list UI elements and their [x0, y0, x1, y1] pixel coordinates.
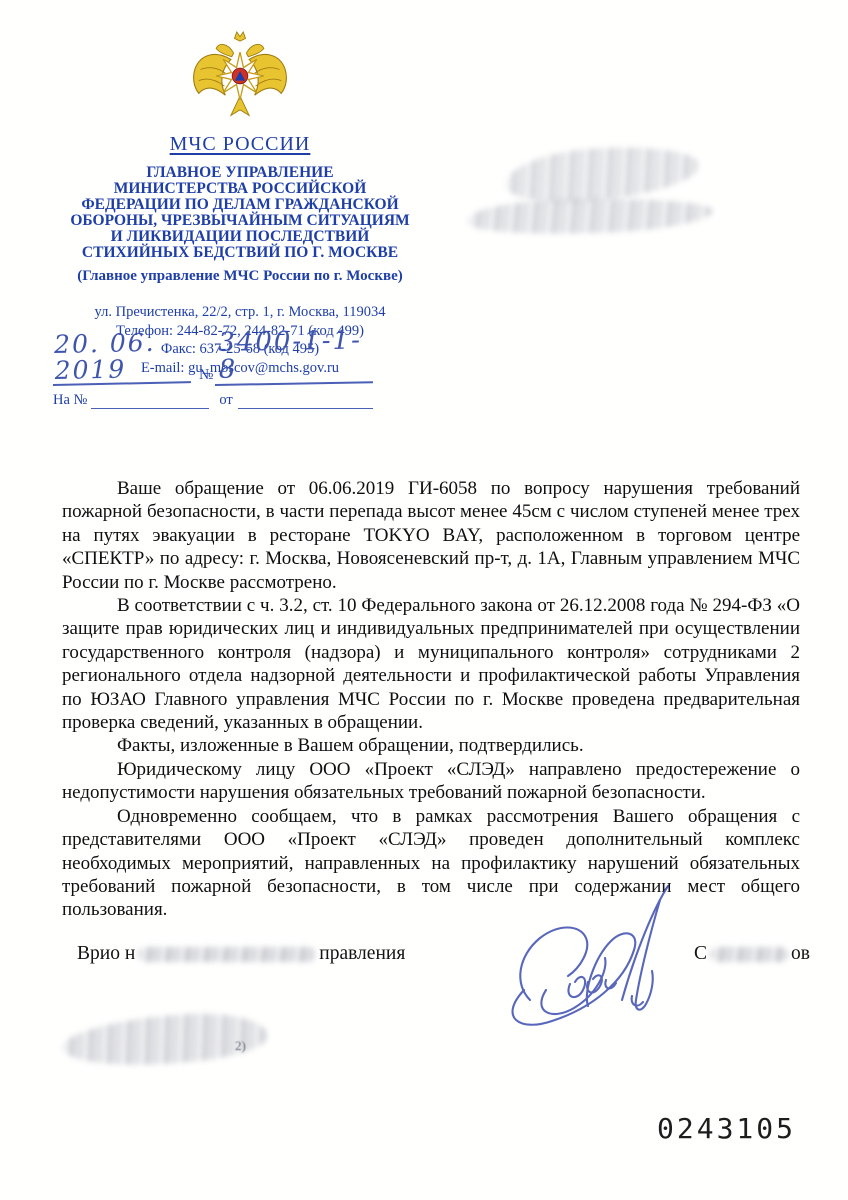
handwritten-signature — [484, 872, 694, 1040]
org-name-block: ГЛАВНОЕ УПРАВЛЕНИЕ МИНИСТЕРСТВА РОССИЙСК… — [52, 165, 428, 261]
org-name-short: (Главное управление МЧС России по г. Мос… — [52, 268, 428, 284]
date-number-row: 20. 06. 2019 № 3400-1-1-8 — [53, 346, 473, 386]
executor-visible-fragment: 2) — [235, 1038, 246, 1054]
reply-number-blank-line — [91, 394, 209, 409]
org-name-line: СТИХИЙНЫХ БЕДСТВИЙ ПО Г. МОСКВЕ — [52, 245, 428, 261]
body-paragraph: Факты, изложенные в Вашем обращении, под… — [62, 734, 800, 757]
redacted-title-smudge — [138, 947, 316, 962]
scanned-letter-page: МЧС РОССИИ ГЛАВНОЕ УПРАВЛЕНИЕ МИНИСТЕРСТ… — [0, 0, 848, 1200]
signer-name: Сов — [694, 943, 810, 965]
body-paragraph: В соответствии с ч. 3.2, ст. 10 Федераль… — [62, 594, 800, 734]
reply-date-blank-line — [238, 394, 373, 409]
handwritten-date: 20. 06. 2019 — [52, 329, 191, 386]
redacted-recipient-smudge — [468, 196, 714, 236]
org-name-line: ОБОРОНЫ, ЧРЕЗВЫЧАЙНЫМ СИТУАЦИЯМ — [52, 213, 428, 229]
reply-from-label: от — [219, 392, 232, 409]
signer-position-title: Врио нправления — [77, 943, 405, 965]
letter-body: Ваше обращение от 06.06.2019 ГИ-6058 по … — [62, 477, 800, 922]
signer-name-visible-end: ов — [791, 943, 810, 964]
signer-name-visible-start: С — [694, 943, 707, 964]
reply-number-label: На № — [53, 392, 87, 409]
number-sign-label: № — [199, 367, 213, 384]
org-name-line: И ЛИКВИДАЦИИ ПОСЛЕДСТВИЙ — [52, 229, 428, 245]
body-paragraph: Ваше обращение от 06.06.2019 ГИ-6058 по … — [62, 477, 800, 594]
org-name-line: ГЛАВНОЕ УПРАВЛЕНИЕ — [52, 165, 428, 181]
redacted-name-smudge — [710, 947, 788, 962]
signer-title-visible-end: правления — [319, 943, 405, 964]
letterhead: МЧС РОССИИ ГЛАВНОЕ УПРАВЛЕНИЕ МИНИСТЕРСТ… — [52, 28, 428, 377]
org-name-line: МИНИСТЕРСТВА РОССИЙСКОЙ — [52, 181, 428, 197]
body-paragraph: Юридическому лицу ООО «Проект «СЛЭД» нап… — [62, 758, 800, 805]
agency-title: МЧС РОССИИ — [52, 133, 428, 156]
org-name-line: ФЕДЕРАЦИИ ПО ДЕЛАМ ГРАЖДАНСКОЙ — [52, 197, 428, 213]
redacted-recipient-smudge — [503, 141, 701, 206]
mchs-eagle-emblem-icon — [185, 28, 295, 129]
signer-title-visible-start: Врио н — [77, 943, 135, 964]
handwritten-outgoing-number: 3400-1-1-8 — [214, 327, 373, 386]
registration-stamp-number: 0243105 — [657, 1112, 796, 1145]
reply-reference-row: На № от — [53, 392, 473, 409]
reference-block: 20. 06. 2019 № 3400-1-1-8 На № от — [53, 346, 473, 409]
address-line: ул. Пречистенка, 22/2, стр. 1, г. Москва… — [52, 303, 428, 322]
